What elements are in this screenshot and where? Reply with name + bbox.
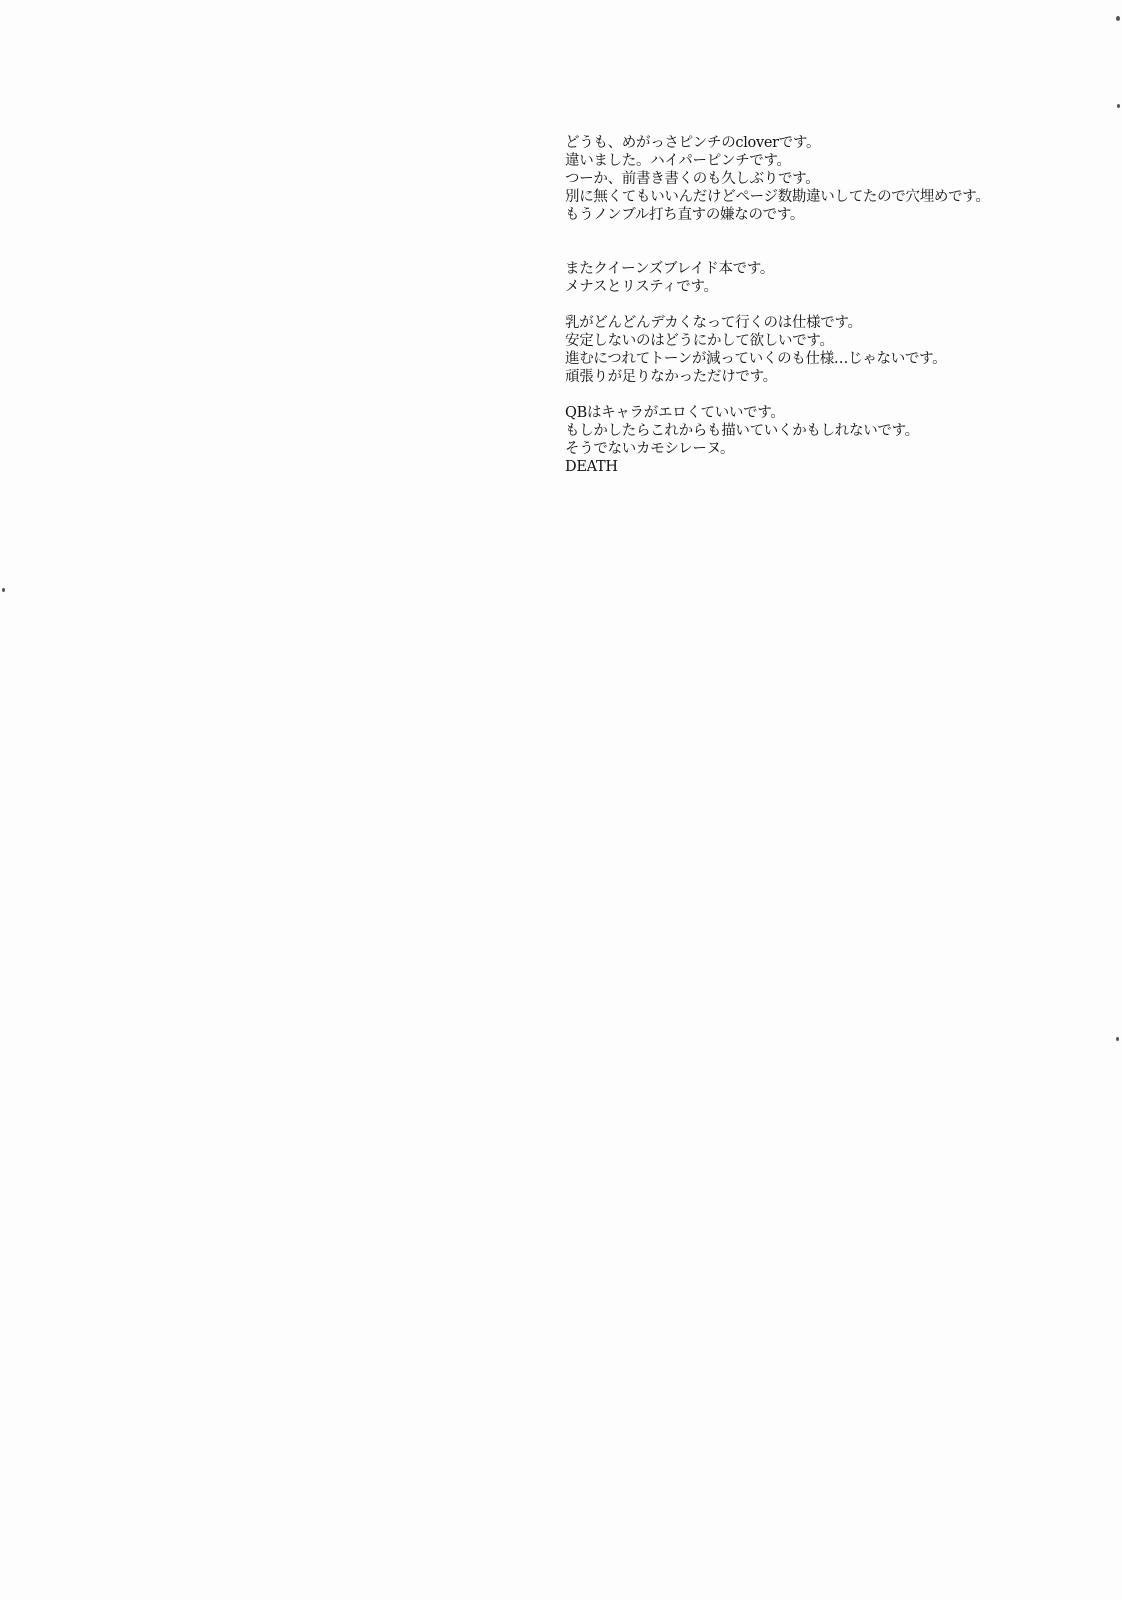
text-line: どうも、めがっさピンチのcloverです。 xyxy=(565,134,1085,152)
text-line: DEATH xyxy=(565,458,1085,476)
text-line: つーか、前書き書くのも久しぶりです。 xyxy=(565,170,1085,188)
document-page: どうも、めがっさピンチのcloverです。 違いました。ハイパーピンチです。 つ… xyxy=(0,0,1122,1600)
text-line: またクイーンズブレイド本です。 xyxy=(565,260,1085,278)
paragraph-notes: 乳がどんどんデカくなって行くのは仕様です。 安定しないのはどうにかして欲しいです… xyxy=(565,314,1085,386)
text-line: QBはキャラがエロくていいです。 xyxy=(565,404,1085,422)
text-line: メナスとリスティです。 xyxy=(565,278,1085,296)
text-line: 別に無くてもいいんだけどページ数勘違いしてたので穴埋めです。 xyxy=(565,188,1085,206)
paragraph-closing: QBはキャラがエロくていいです。 もしかしたらこれからも描いていくかもしれないで… xyxy=(565,404,1085,476)
scan-speck xyxy=(1116,1037,1119,1041)
paragraph-subject: またクイーンズブレイド本です。 メナスとリスティです。 xyxy=(565,260,1085,296)
text-line: 安定しないのはどうにかして欲しいです。 xyxy=(565,332,1085,350)
text-line: 乳がどんどんデカくなって行くのは仕様です。 xyxy=(565,314,1085,332)
text-line: もしかしたらこれからも描いていくかもしれないです。 xyxy=(565,422,1085,440)
text-line: 頑張りが足りなかっただけです。 xyxy=(565,368,1085,386)
text-line: 違いました。ハイパーピンチです。 xyxy=(565,152,1085,170)
preface-text: どうも、めがっさピンチのcloverです。 違いました。ハイパーピンチです。 つ… xyxy=(565,134,1085,476)
scan-speck xyxy=(1117,104,1120,108)
scan-speck xyxy=(2,588,5,592)
paragraph-intro: どうも、めがっさピンチのcloverです。 違いました。ハイパーピンチです。 つ… xyxy=(565,134,1085,224)
text-line: もうノンブル打ち直すの嫌なのです。 xyxy=(565,206,1085,224)
text-line: そうでないカモシレーヌ。 xyxy=(565,440,1085,458)
scan-speck xyxy=(1116,16,1120,21)
text-line: 進むにつれてトーンが減っていくのも仕様…じゃないです。 xyxy=(565,350,1085,368)
